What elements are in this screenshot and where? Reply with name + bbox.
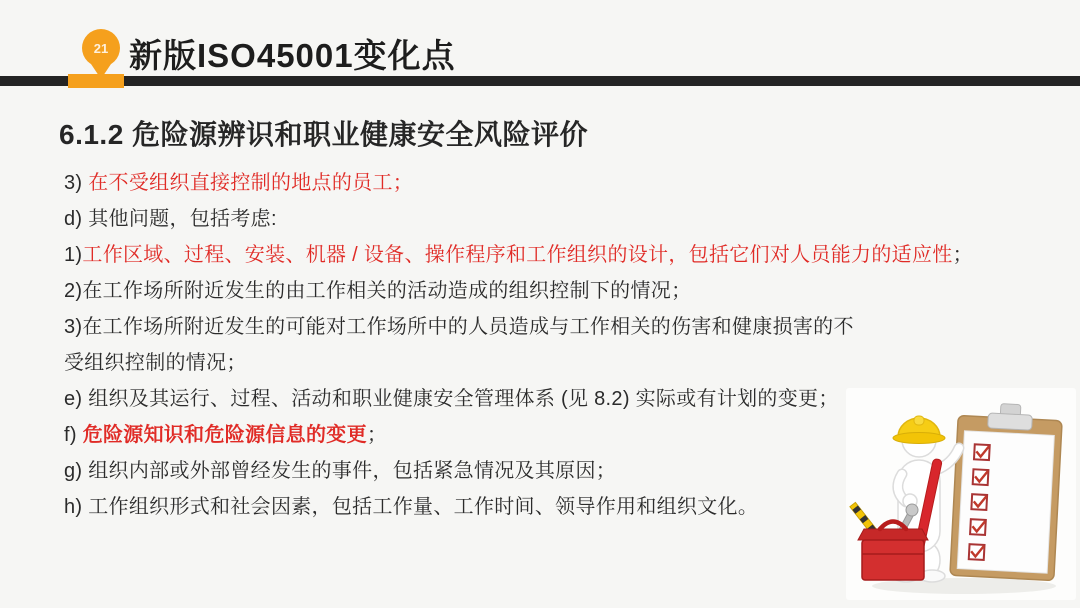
- body-line: 2)在工作场所附近发生的由工作相关的活动造成的组织控制下的情况；: [64, 279, 1064, 303]
- body-line: 1)工作区域、过程、安装、机器 / 设备、操作程序和工作组织的设计，包括它们对人…: [64, 243, 1064, 267]
- location-pin-icon: 21: [82, 29, 120, 79]
- body-text-segment: 3): [64, 172, 88, 194]
- body-text-segment: 工作区域、过程、安装、机器 / 设备、操作程序和工作组织的设计，包括它们对人员能…: [82, 244, 952, 266]
- slide-title: 新版ISO45001变化点: [129, 30, 456, 77]
- body-text-segment: 2)在工作场所附近发生的由工作相关的活动造成的组织控制下的情况；: [64, 280, 691, 302]
- section-heading: 6.1.2 危险源辨识和职业健康安全风险评价: [59, 113, 588, 153]
- body-text-segment: ；: [953, 244, 973, 266]
- body-line: d) 其他问题，包括考虑:: [64, 207, 1064, 231]
- body-text-segment: g) 组织内部或外部曾经发生的事件，包括紧急情况及其原因；: [64, 460, 616, 482]
- slide: 21 新版ISO45001变化点 6.1.2 危险源辨识和职业健康安全风险评价 …: [0, 0, 1080, 608]
- hard-hat-icon: [893, 416, 945, 444]
- pin-number: 21: [94, 41, 108, 56]
- body-line: 3)在工作场所附近发生的可能对工作场所中的人员造成与工作相关的伤害和健康损害的不: [64, 315, 1064, 339]
- pin-circle: 21: [82, 29, 120, 67]
- body-text-segment: 在不受组织直接控制的地点的员工；: [88, 172, 413, 194]
- body-line: 受组织控制的情况；: [64, 351, 1064, 375]
- body-text-segment: h) 工作组织形式和社会因素，包括工作量、工作时间、领导作用和组织文化。: [64, 496, 758, 518]
- header-divider-accent: [68, 74, 124, 88]
- toolbox-icon: [850, 502, 928, 580]
- body-text-segment: d) 其他问题，包括考虑:: [64, 208, 277, 230]
- body-text-segment: 1): [64, 244, 82, 266]
- body-text-segment: 3)在工作场所附近发生的可能对工作场所中的人员造成与工作相关的伤害和健康损害的不: [64, 316, 854, 338]
- body-text-segment: f): [64, 424, 83, 446]
- body-text-segment: 危险源知识和危险源信息的变更: [83, 424, 367, 446]
- header-divider-bar: [0, 76, 1080, 86]
- clipboard-icon: [950, 401, 1063, 580]
- body-text-segment: e) 组织及其运行、过程、活动和职业健康安全管理体系 (见 8.2) 实际或有计…: [64, 388, 839, 410]
- safety-inspector-graphic: [846, 388, 1076, 600]
- body-line: 3) 在不受组织直接控制的地点的员工；: [64, 171, 1064, 195]
- safety-inspector-illustration: [846, 388, 1076, 600]
- body-text-segment: 受组织控制的情况；: [64, 352, 247, 374]
- body-text-segment: ；: [367, 424, 387, 446]
